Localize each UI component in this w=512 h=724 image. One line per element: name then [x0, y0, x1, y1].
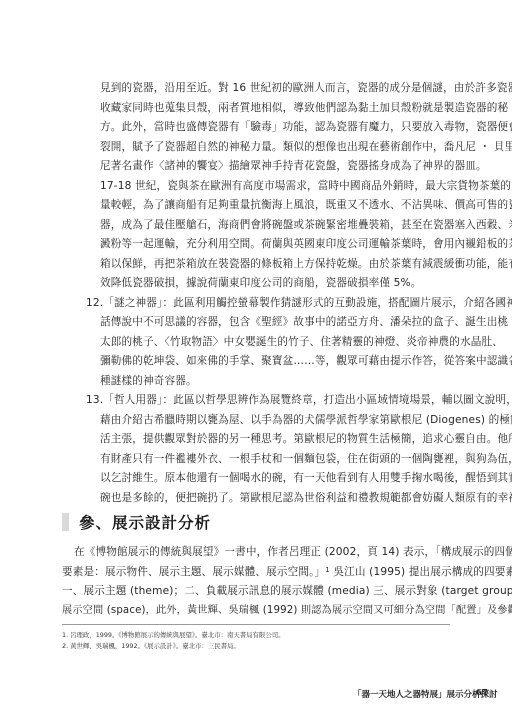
body-line: 見到的瓷器，沿用至近。對 16 世紀初的歐洲人而言，瓷器的成分是個謎，由於許多瓷…	[100, 81, 450, 95]
section-para-line: 要素是：展示物件、展示主題、展示媒體、展示空間。」1 吳江山 (1995) 提出…	[62, 565, 450, 579]
list-item-13-line: 以乞討維生。原本他還有一個喝水的碗，有一天他看到有人用雙手掬水喝後，醒悟到其實	[100, 471, 450, 485]
heading-accent-bar	[62, 513, 69, 531]
list-item-12-line: 彌勒佛的乾坤袋、如來佛的手掌、聚寶盆……等，觀眾可藉由提示作答，從答案中認識各	[100, 354, 450, 368]
body-line: 收藏家同時也蒐集貝殼，兩者質地相似，導致他們認為黏土加貝殼粉就是製造瓷器的秘	[100, 101, 450, 115]
list-item-13-line: 藉由介紹古希臘時期以甕為屋、以手為器的犬儒學派哲學家第歐根尼 (Diogenes…	[100, 413, 450, 427]
body-line: 裂開，賦予了瓷器超自然的神秘力量。類似的想像也出現在藝術創作中，喬凡尼 ・ 貝里	[100, 140, 450, 154]
list-item-13-line: 碗也是多餘的，便把碗扔了。第歐根尼認為世俗利益和禮教規範都會妨礙人類原有的幸福，	[100, 491, 450, 505]
section-para-line: 一、展示主題 (theme)；二、負載展示訊息的展示媒體 (media) 三、展…	[62, 584, 450, 598]
list-item-12-line: 種謎樣的神奇容器。	[100, 374, 450, 388]
footnote-2: 2. 黃世輝、吳瑞楓，1992。《展示設計》。臺北市：三民書局。	[62, 642, 240, 651]
list-item-13-line: 13.「哲人用器」：此區以哲學思辨作為展覽終章，打造出小區域情境場景，輔以圖文說…	[86, 393, 450, 407]
footnote-ref-1[interactable]: 1	[325, 566, 330, 574]
section-para-line: 展示空間 (space)，此外，黃世輝、吳瑞楓 (1992) 則認為展示空間又可…	[62, 604, 450, 618]
footnote-divider	[62, 624, 450, 625]
body-line: 方。此外，當時也盛傳瓷器有「驗毒」功能，認為瓷器有魔力，只要放入毒物，瓷器便會	[100, 120, 450, 134]
list-item-13-line: 活主張，提供觀眾對於器的另一種思考。第歐根尼的物質生活極簡，追求心靈自由。他所	[100, 432, 450, 446]
section-heading: 參、展示設計分析	[62, 511, 211, 533]
section-para-line: 在《博物館展示的傳統與展望》一書中，作者呂理正 (2002，頁 14) 表示，「…	[74, 545, 450, 559]
footnote-1: 1. 呂理政，1999。《博物館展示的傳統與展望》。臺北市：南天書局有限公司。	[62, 631, 285, 640]
list-item-12-line: 話傳說中不可思議的容器，包含《聖經》故事中的諾亞方舟、潘朵拉的盒子、誕生出桃	[100, 315, 450, 329]
list-item-13-line: 有財產只有一件襤褸外衣、一根手杖和一個麵包袋，住在街頭的一個陶甕裡，與狗為伍，	[100, 452, 450, 466]
page-number: 67	[476, 688, 488, 698]
section-title: 參、展示設計分析	[79, 511, 211, 533]
body-line: 效降低瓷器破損，據說荷蘭東印度公司的商船，瓷器破損率僅 5%。	[100, 276, 450, 290]
list-item-12-line: 太郎的桃子、〈竹取物語〉中女嬰誕生的竹子、住著精靈的神燈、炎帝神農的水晶肚、	[100, 335, 450, 349]
body-line: 澱粉等一起運輸，充分利用空間。荷蘭與英國東印度公司運輸茶葉時，會用內襯鉛板的茶	[100, 237, 450, 251]
body-line: 尼著名畫作〈諸神的饗宴〉描繪眾神手持青花瓷盤，瓷器搖身成為了神界的器皿。	[100, 159, 450, 173]
text-span: 要素是：展示物件、展示主題、展示媒體、展示空間。」	[62, 566, 325, 578]
document-page: 見到的瓷器，沿用至近。對 16 世紀初的歐洲人而言，瓷器的成分是個謎，由於許多瓷…	[0, 0, 512, 724]
body-line: 器，成為了最佳壓艙石，海商們會將碗盤或茶碗緊密堆疊裝箱，甚至在瓷器塞入西穀、米、	[100, 218, 450, 232]
body-line: 箱以保鮮，再把茶箱放在裝瓷器的條板箱上方保持乾燥。由於茶葉有減震緩衝功能，能有	[100, 257, 450, 271]
text-span: 吳江山 (1995) 提出展示構成的四要素：	[330, 566, 512, 578]
body-line: 量較輕，為了讓商船有足夠重量抗衡海上風浪，既重又不透水、不沾異味、價高可售的瓷	[100, 198, 450, 212]
body-line: 17-18 世紀，瓷與茶在歐洲有高度市場需求，當時中國商品外銷時，最大宗貨物茶葉…	[100, 179, 450, 193]
list-item-12-line: 12.「謎之神器」：此區利用觸控螢幕製作猜謎形式的互動設施，搭配圖片展示，介紹各…	[86, 296, 450, 310]
